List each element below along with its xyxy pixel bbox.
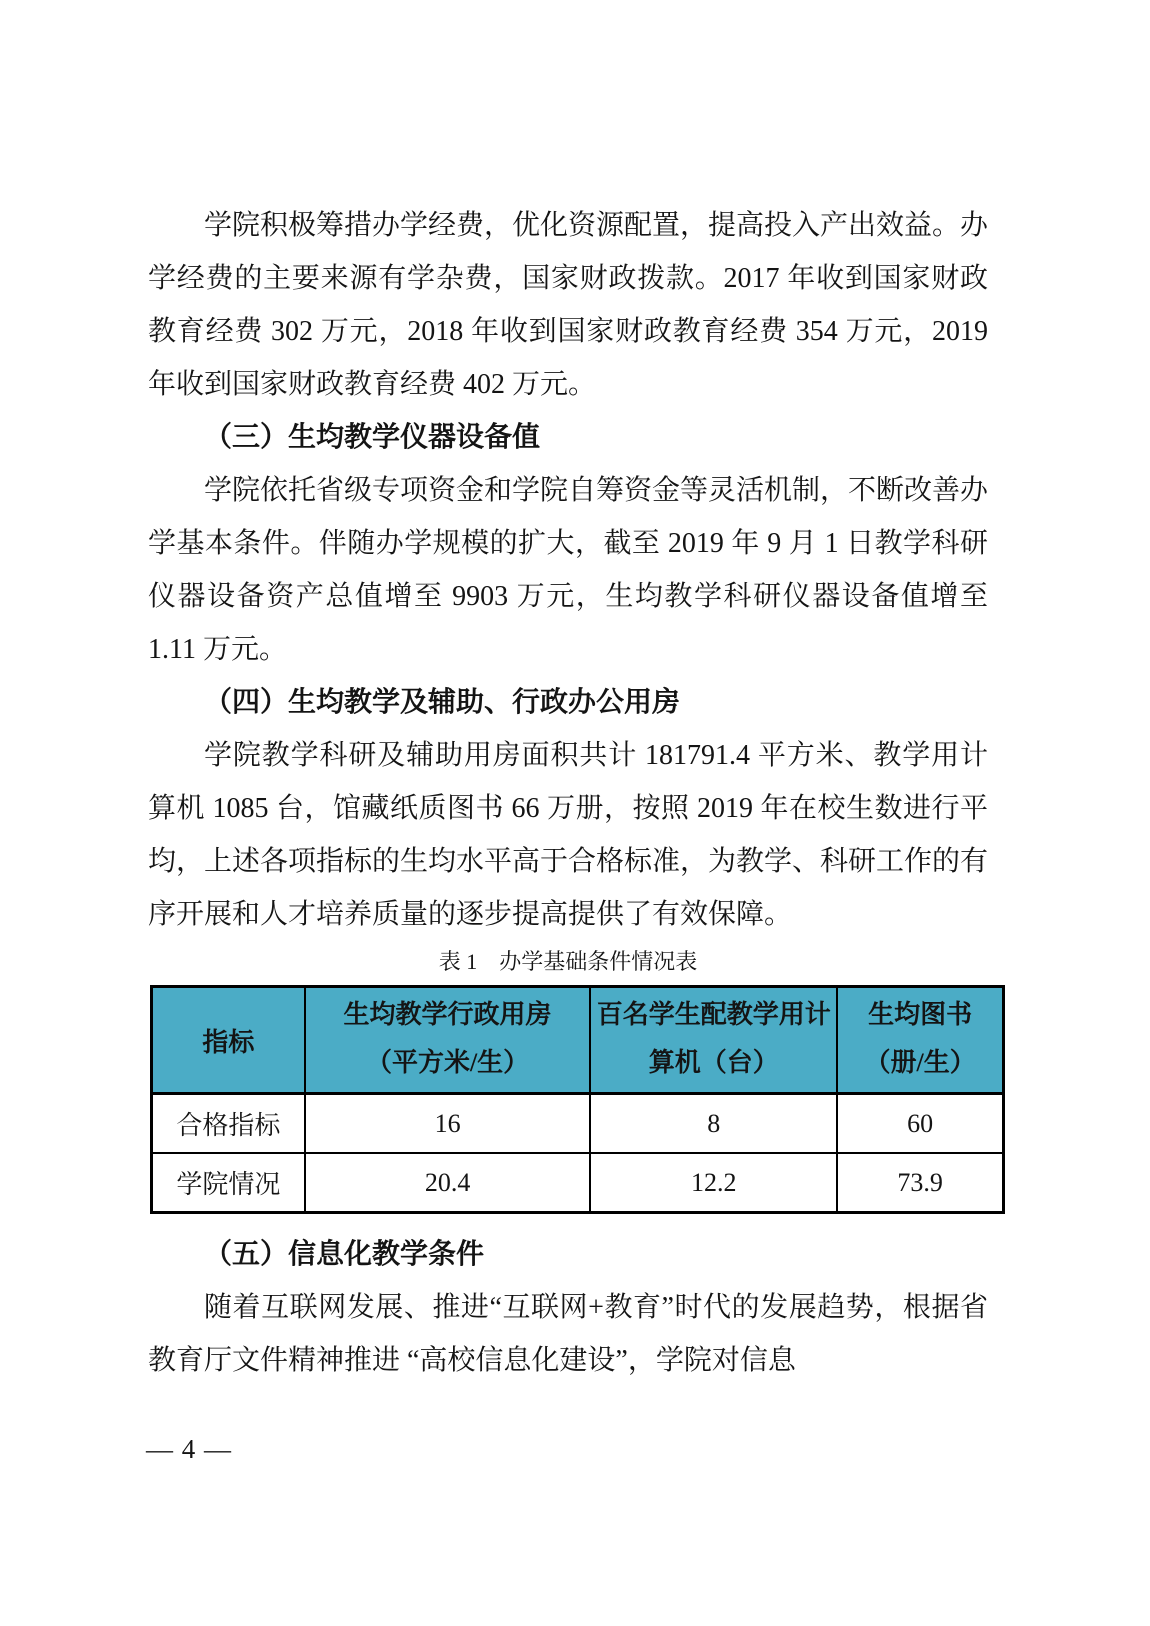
qualified-books-value: 60 <box>837 1094 1003 1154</box>
row-label-college-situation: 学院情况 <box>152 1153 305 1213</box>
table1-header-books: 生均图书 （册/生） <box>837 987 1003 1094</box>
table1-header-computers: 百名学生配教学用计 算机（台） <box>590 987 837 1094</box>
document-content: 学院积极筹措办学经费，优化资源配置，提高投入产出效益。办学经费的主要来源有学杂费… <box>148 199 988 1387</box>
paragraph-housing: 学院教学科研及辅助用房面积共计 181791.4 平方米、教学用计算机 1085… <box>148 729 988 941</box>
college-floor-area-value: 20.4 <box>305 1153 590 1213</box>
college-books-value: 73.9 <box>837 1153 1003 1213</box>
table1-header-computers-line2: 算机（台） <box>591 1046 836 1080</box>
qualified-computers-value: 8 <box>590 1094 837 1154</box>
table1: 指标 生均教学行政用房 （平方米/生） 百名学生配教学用计 算机（台） <box>150 985 1005 1214</box>
document-page: 学院积极筹措办学经费，优化资源配置，提高投入产出效益。办学经费的主要来源有学杂费… <box>0 0 1150 1626</box>
paragraph-informatization: 随着互联网发展、推进“互联网+教育”时代的发展趋势，根据省教育厅文件精神推进 “… <box>148 1281 988 1387</box>
section-heading-3: （三）生均教学仪器设备值 <box>148 411 988 464</box>
paragraph-equipment: 学院依托省级专项资金和学院自筹资金等灵活机制，不断改善办学基本条件。伴随办学规模… <box>148 464 988 676</box>
table1-header-row: 指标 生均教学行政用房 （平方米/生） 百名学生配教学用计 算机（台） <box>152 987 1004 1094</box>
table1-header-floor-area: 生均教学行政用房 （平方米/生） <box>305 987 590 1094</box>
table-row-qualified-standard: 合格指标 16 8 60 <box>152 1094 1004 1154</box>
row-label-qualified-standard: 合格指标 <box>152 1094 305 1154</box>
paragraph-funding: 学院积极筹措办学经费，优化资源配置，提高投入产出效益。办学经费的主要来源有学杂费… <box>148 199 988 411</box>
table1-header-books-line2: （册/生） <box>838 1046 1002 1080</box>
qualified-floor-area-value: 16 <box>305 1094 590 1154</box>
table1-header-indicator-label: 指标 <box>202 1028 254 1057</box>
section-heading-4: （四）生均教学及辅助、行政办公用房 <box>148 676 988 729</box>
table1-header-computers-line1: 百名学生配教学用计 <box>591 998 836 1032</box>
table1-caption: 表 1 办学基础条件情况表 <box>148 947 988 977</box>
section-heading-5: （五）信息化教学条件 <box>148 1228 988 1281</box>
table1-header-indicator: 指标 <box>152 987 305 1094</box>
college-computers-value: 12.2 <box>590 1153 837 1213</box>
table1-header-books-line1: 生均图书 <box>838 998 1002 1032</box>
table1-header-floor-area-line1: 生均教学行政用房 <box>306 998 589 1032</box>
table1-header-floor-area-line2: （平方米/生） <box>306 1046 589 1080</box>
table-row-college-situation: 学院情况 20.4 12.2 73.9 <box>152 1153 1004 1213</box>
page-number: — 4 — <box>146 1434 232 1464</box>
